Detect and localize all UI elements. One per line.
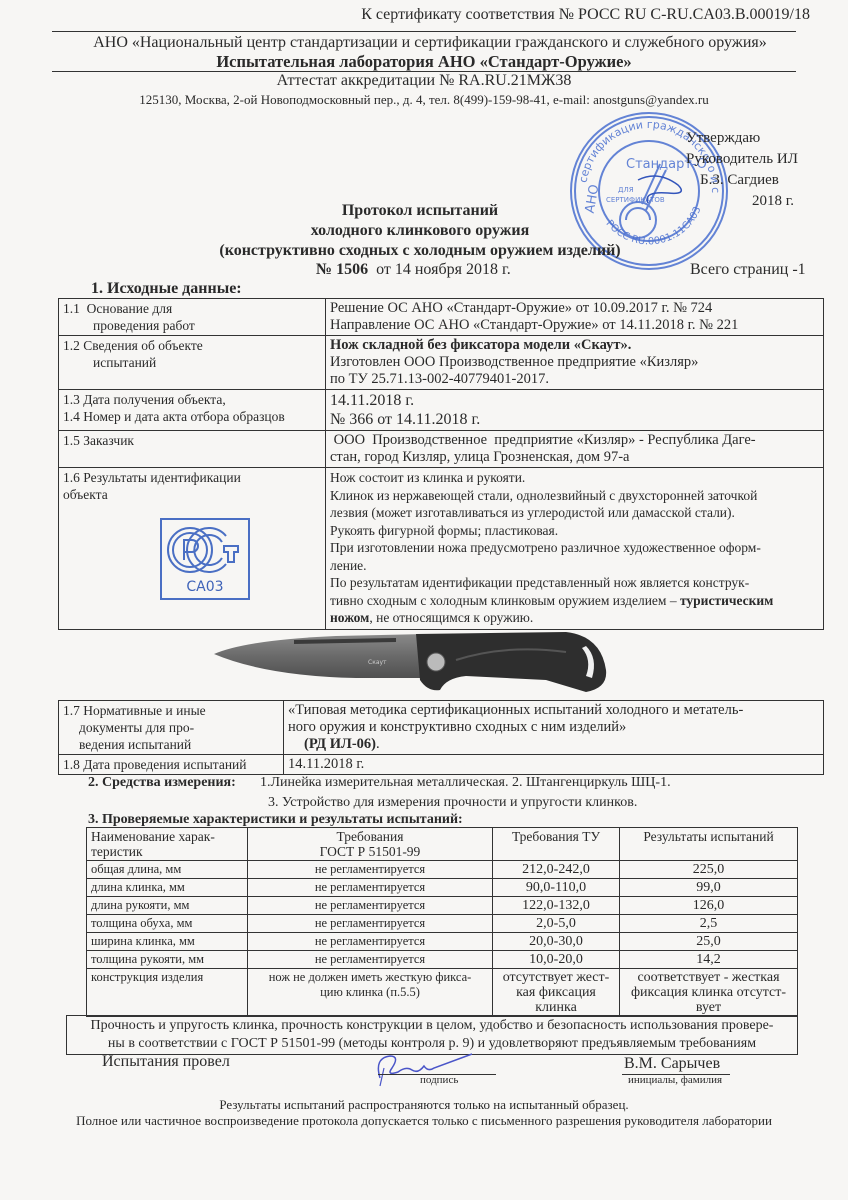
row-label: 1.5 Заказчик [59,431,326,468]
row-label: 1.2 Сведения об объекте испытаний [59,336,326,390]
tester-name-caption: инициалы, фамилия [628,1074,722,1086]
approval-block: Утверждаю Руководитель ИЛ Б.З. Сагдиев 2… [686,128,798,212]
value-line: 14.11.2018 г. [330,391,819,410]
value-line: № 366 от 14.11.2018 г. [330,410,819,429]
row-label-text: 1.5 Заказчик [63,432,321,449]
table-row: общая длина, ммне регламентируется212,0-… [87,861,798,879]
value-line: ООО Производственное предприятие «Кизляр… [330,432,819,449]
table-row: ширина клинка, ммне регламентируется20,0… [87,933,798,951]
row-label-text: объекта [63,486,321,503]
normative-documents-table: 1.7 Нормативные и иные документы для про… [58,700,824,775]
section-2-heading: 2. Средства измерения: [88,775,236,790]
table-cell: не регламентируется [248,861,493,879]
table-cell: общая длина, мм [87,861,248,879]
table-cell: 126,0 [620,897,798,915]
table-cell: 212,0-242,0 [493,861,620,879]
table-cell: 20,0-30,0 [493,933,620,951]
table-header-row: Наименование харак- теристикТребования Г… [87,828,798,861]
row-label: 1.7 Нормативные и иные документы для про… [59,701,284,755]
table-row: 1.2 Сведения об объекте испытаний Нож ск… [59,336,824,390]
table-row: толщина рукояти, ммне регламентируется10… [87,951,798,969]
section-1-title: 1. Исходные данные: [91,280,242,298]
table-cell: 25,0 [620,933,798,951]
table-cell: 225,0 [620,861,798,879]
value-line: стан, город Кизляр, улица Грозненская, д… [330,449,819,466]
total-pages: Всего страниц -1 [690,261,806,279]
column-header: Результаты испытаний [620,828,798,861]
table-row: толщина обуха, ммне регламентируется2,0-… [87,915,798,933]
table-cell: не регламентируется [248,915,493,933]
table-cell: 2,0-5,0 [493,915,620,933]
approval-label: Утверждаю [686,128,798,149]
row-value: 14.11.2018 г. [284,755,824,775]
value-line: По результатам идентификации представлен… [330,574,819,592]
method-code: (РД ИЛ-06) [304,736,376,752]
table-cell: соответствует - жесткая фиксация клинка … [620,969,798,1017]
row-label-text: документы для про- [63,719,279,736]
tester-name: В.М. Сарычев [624,1055,720,1073]
footer-note-2: Полное или частичное воспроизведение про… [0,1113,848,1129]
table-row: 1.3 Дата получения объекта, 1.4 Номер и … [59,390,824,431]
row-value: Нож состоит из клинка и рукояти. Клинок … [326,468,824,630]
row-label: 1.1 Основание для проведения работ [59,299,326,336]
row-value: ООО Производственное предприятие «Кизляр… [326,431,824,468]
title-line-1: Протокол испытаний [160,201,680,221]
row-number: 1.2 [63,338,80,353]
table-cell: не регламентируется [248,879,493,897]
value-line: Изготовлен ООО Производственное предприя… [330,354,819,371]
column-header: Наименование харак- теристик [87,828,248,861]
table-cell: 2,5 [620,915,798,933]
table-cell: толщина обуха, мм [87,915,248,933]
rst-ca03-logo: CA03 [160,518,250,600]
table-row: 1.8 Дата проведения испытаний 14.11.2018… [59,755,824,775]
table-cell: длина рукояти, мм [87,897,248,915]
value-line: «Типовая методика сертификационных испыт… [288,702,819,719]
approver-position: Руководитель ИЛ [686,149,798,170]
value-line: Нож состоит из клинка и рукояти. [330,469,819,487]
svg-text:ДЛЯ: ДЛЯ [618,186,634,194]
organization-name: АНО «Национальный центр стандартизации и… [40,34,820,52]
protocol-number-line: № 1506 от 14 ноября 2018 г. [316,261,511,279]
address-line: 125130, Москва, 2-ой Новоподмосковный пе… [0,92,848,108]
row-label-text: Сведения об объекте [83,338,203,353]
protocol-number: № 1506 [316,261,368,278]
value-text: , не относящимся к оружию. [369,610,533,625]
row-label-text: проведения работ [63,317,321,334]
value-line: Рукоять фигурной формы; пластиковая. [330,522,819,540]
accreditation-line: Аттестат аккредитации № RA.RU.21МЖ38 [0,72,848,90]
logo-code: CA03 [162,579,248,595]
row-label-text: 1.7 Нормативные и иные [63,702,279,719]
column-header: Требования ТУ [493,828,620,861]
product-name: Нож складной без фиксатора модели «Скаут… [330,337,819,354]
tested-by-label: Испытания провел [102,1053,230,1071]
table-cell: 122,0-132,0 [493,897,620,915]
section-2-title: 2. Средства измерения: 1.Линейка измерит… [88,775,236,791]
value-line: (РД ИЛ-06). [288,736,819,753]
row-label: 1.3 Дата получения объекта, 1.4 Номер и … [59,390,326,431]
table-cell: длина клинка, мм [87,879,248,897]
rst-mark-icon [162,522,248,578]
row-label-text: испытаний [63,354,321,371]
value-line: Направление ОС АНО «Стандарт-Оружие» от … [330,317,819,334]
conclusion-line: Прочность и упругость клинка, прочность … [71,1017,793,1035]
table-cell: толщина рукояти, мм [87,951,248,969]
table-cell: 99,0 [620,879,798,897]
row-number: 1.1 [63,301,80,316]
value-line: ление. [330,557,819,575]
row-value: Нож складной без фиксатора модели «Скаут… [326,336,824,390]
row-label-text: ведения испытаний [63,736,279,753]
table-row: 1.5 Заказчик ООО Производственное предпр… [59,431,824,468]
row-value: Решение ОС АНО «Стандарт-Оружие» от 10.0… [326,299,824,336]
value-line: ного оружия и конструктивно сходных с ни… [288,719,819,736]
title-line-2: холодного клинкового оружия [160,221,680,241]
row-value: «Типовая методика сертификационных испыт… [284,701,824,755]
svg-text:Скаут: Скаут [368,659,387,666]
title-line-3: (конструктивно сходных с холодным оружие… [160,241,680,261]
value-text: тивно сходным с холодным клинковым оружи… [330,593,680,608]
table-row: длина рукояти, ммне регламентируется122,… [87,897,798,915]
signature-caption: подпись [420,1074,458,1086]
row-label: 1.8 Дата проведения испытаний [59,755,284,775]
instrument-line: 3. Устройство для измерения прочности и … [268,795,637,811]
table-cell: не регламентируется [248,933,493,951]
footer-note-1: Результаты испытаний распространяются то… [0,1097,848,1113]
row-value: 14.11.2018 г. № 366 от 14.11.2018 г. [326,390,824,431]
row-label-text: 1.4 Номер и дата акта отбора образцов [63,408,321,425]
value-text: . [376,736,380,752]
laboratory-name: Испытательная лаборатория АНО «Стандарт-… [0,52,848,72]
table-cell: не регламентируется [248,951,493,969]
knife-image: Скаут [206,630,626,700]
table-cell: 90,0-110,0 [493,879,620,897]
row-label-text: Основание для [87,301,173,316]
table-row: конструкция изделиянож не должен иметь ж… [87,969,798,1017]
table-cell: конструкция изделия [87,969,248,1017]
table-cell: 14,2 [620,951,798,969]
instrument-line: 1.Линейка измерительная металлическая. 2… [260,775,671,791]
protocol-date: от 14 ноября 2018 г. [376,261,511,278]
approval-year: 2018 г. [686,191,798,212]
table-cell: не регламентируется [248,897,493,915]
value-line: Клинок из нержавеющей стали, однолезвийн… [330,487,819,505]
test-results-table: Наименование харак- теристикТребования Г… [86,827,798,1017]
table-row: длина клинка, ммне регламентируется90,0-… [87,879,798,897]
certificate-reference: К сертификату соответствия № РОСС RU C-R… [361,6,810,24]
table-cell: ширина клинка, мм [87,933,248,951]
value-line: тивно сходным с холодным клинковым оружи… [330,592,819,627]
table-row: 1.1 Основание для проведения работ Решен… [59,299,824,336]
value-line: по ТУ 25.71.13-002-40779401-2017. [330,371,819,388]
table-cell: отсутствует жест- кая фиксация клинка [493,969,620,1017]
approver-name: Б.З. Сагдиев [686,170,798,191]
value-line: лезвия (может изготавливаться из углерод… [330,504,819,522]
table-row: 1.7 Нормативные и иные документы для про… [59,701,824,755]
divider [52,31,796,32]
column-header: Требования ГОСТ Р 51501-99 [248,828,493,861]
row-label-text: 1.3 Дата получения объекта, [63,391,321,408]
section-3-title: 3. Проверяемые характеристики и результа… [88,812,463,828]
document-title: Протокол испытаний холодного клинкового … [160,201,680,261]
table-cell: 10,0-20,0 [493,951,620,969]
row-label-text: 1.6 Результаты идентификации [63,469,321,486]
table-cell: нож не должен иметь жесткую фикса- цию к… [248,969,493,1017]
value-line: При изготовлении ножа предусмотрено разл… [330,539,819,557]
value-line: Решение ОС АНО «Стандарт-Оружие» от 10.0… [330,300,819,317]
